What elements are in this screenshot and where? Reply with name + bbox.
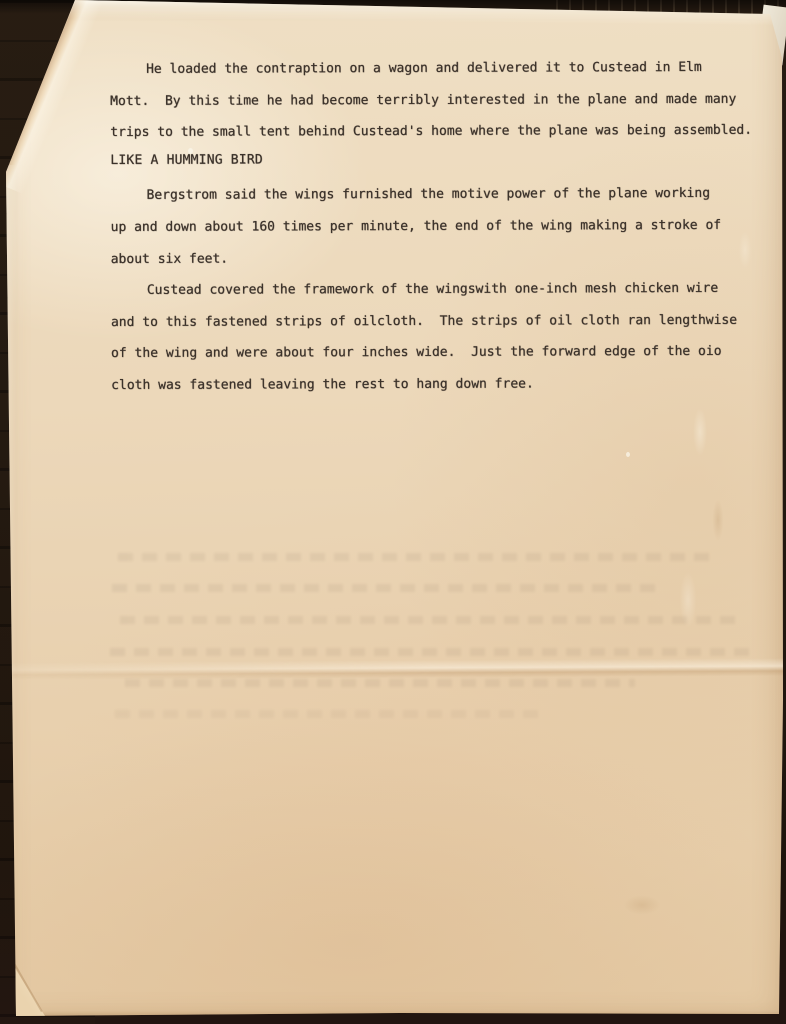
- paper-fleck: [626, 452, 630, 457]
- typed-line: Bergstrom said the wings furnished the m…: [110, 178, 770, 212]
- typed-line: cloth was fastened leaving the rest to h…: [111, 368, 771, 402]
- typed-line: and to this fastened strips of oilcloth.…: [111, 304, 771, 338]
- typed-line: He loaded the contraption on a wagon and…: [110, 52, 770, 86]
- fold-crease-horizontal: [0, 658, 786, 680]
- typed-lines: He loaded the contraption on a wagon and…: [110, 52, 771, 402]
- bleedthrough-ghost-line: [120, 616, 740, 624]
- typed-line: Custead covered the framework of the win…: [111, 273, 771, 307]
- bleedthrough-ghost-line: [110, 648, 750, 656]
- paper-bottom-edge-shading: [0, 1011, 786, 1018]
- typed-line: up and down about 160 times per minute, …: [111, 210, 771, 244]
- paper-sheet: He loaded the contraption on a wagon and…: [0, 0, 786, 1024]
- bleedthrough-ghost-line: [118, 553, 718, 561]
- typed-line: about six feet.: [111, 241, 771, 275]
- photo-of-document: He loaded the contraption on a wagon and…: [0, 0, 786, 1024]
- typed-line: Mott. By this time he had become terribl…: [110, 83, 770, 117]
- bleedthrough-ghost-line: [125, 679, 635, 687]
- bleedthrough-ghost-line: [112, 584, 657, 592]
- typed-text-block: He loaded the contraption on a wagon and…: [110, 52, 771, 402]
- bleedthrough-ghost-line: [115, 710, 545, 718]
- typed-line: of the wing and were about four inches w…: [111, 336, 771, 370]
